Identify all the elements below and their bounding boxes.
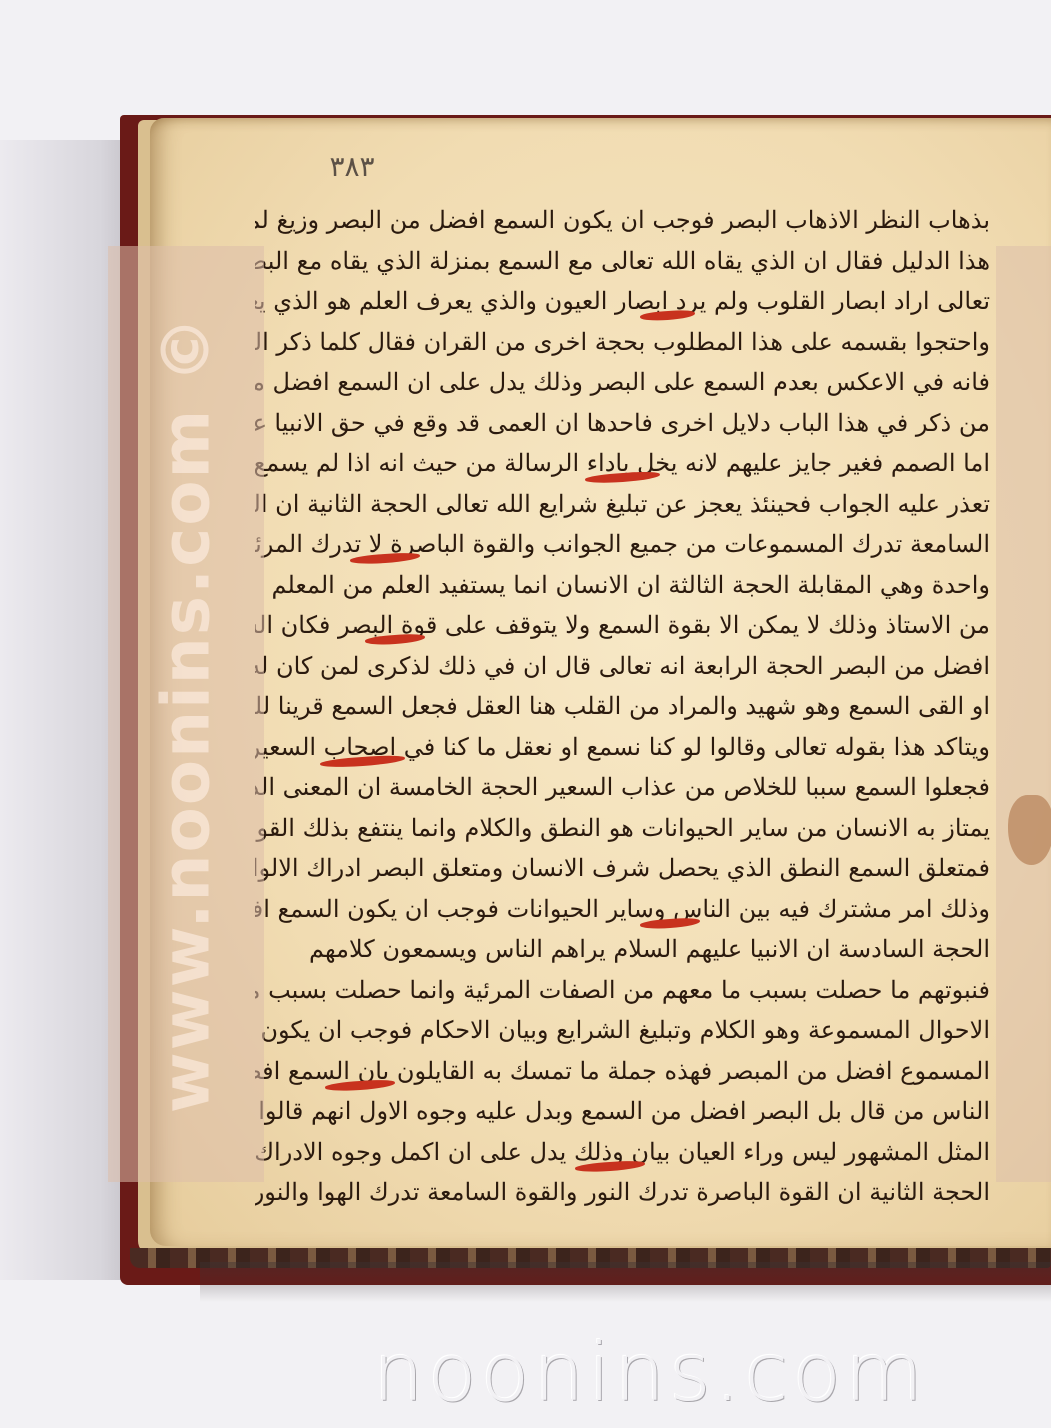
- text-line: فنبوتهم ما حصلت بسبب ما معهم من الصفات ا…: [255, 970, 990, 1011]
- text-line: من ذكر في هذا الباب دلايل اخرى فاحدها ان…: [255, 403, 990, 444]
- watermark-bottom: noonins.com: [340, 1328, 960, 1418]
- text-line: فانه في الاعكس بعدم السمع على البصر وذلك…: [255, 362, 990, 403]
- manuscript-text: بذهاب النظر الاذهاب البصر فوجب ان يكون ا…: [255, 200, 990, 1213]
- text-line: الحجة السادسة ان الانبيا عليهم السلام ير…: [255, 929, 990, 970]
- text-line: واحتجوا بقسمه على هذا المطلوب بحجة اخرى …: [255, 322, 990, 363]
- text-line: تعالى اراد ابصار القلوب ولم يرد ابصار ال…: [255, 281, 990, 322]
- text-line: واحدة وهي المقابلة الحجة الثالثة ان الان…: [255, 565, 990, 606]
- text-line: يمتاز به الانسان من ساير الحيوانات هو ال…: [255, 808, 990, 849]
- text-line: فمتعلق السمع النطق الذي يحصل شرف الانسان…: [255, 848, 990, 889]
- text-line: فجعلوا السمع سببا للخلاص من عذاب السعير …: [255, 767, 990, 808]
- background-shadow: [0, 140, 125, 1280]
- text-line: او القى السمع وهو شهيد والمراد من القلب …: [255, 686, 990, 727]
- text-line: بذهاب النظر الاذهاب البصر فوجب ان يكون ا…: [255, 200, 990, 241]
- text-line: الناس من قال بل البصر افضل من السمع وبدل…: [255, 1091, 990, 1132]
- book-shadow: [200, 1262, 1051, 1302]
- page-number: ٣٨٣: [312, 150, 392, 186]
- text-line: الاحوال المسموعة وهو الكلام وتبليغ الشرا…: [255, 1010, 990, 1051]
- text-line: وذلك امر مشترك فيه بين الناس وساير الحيو…: [255, 889, 990, 930]
- watermark-vertical: www.noonins.com ©: [148, 315, 225, 1114]
- text-line: هذا الدليل فقال ان الذي يقاه الله تعالى …: [255, 241, 990, 282]
- watermark-band-right: [996, 246, 1051, 1182]
- text-line: افضل من البصر الحجة الرابعة انه تعالى قا…: [255, 646, 990, 687]
- text-line: تعذر عليه الجواب فحينئذ يعجز عن تبليغ شر…: [255, 484, 990, 525]
- text-line: الحجة الثانية ان القوة الباصرة تدرك النو…: [255, 1172, 990, 1213]
